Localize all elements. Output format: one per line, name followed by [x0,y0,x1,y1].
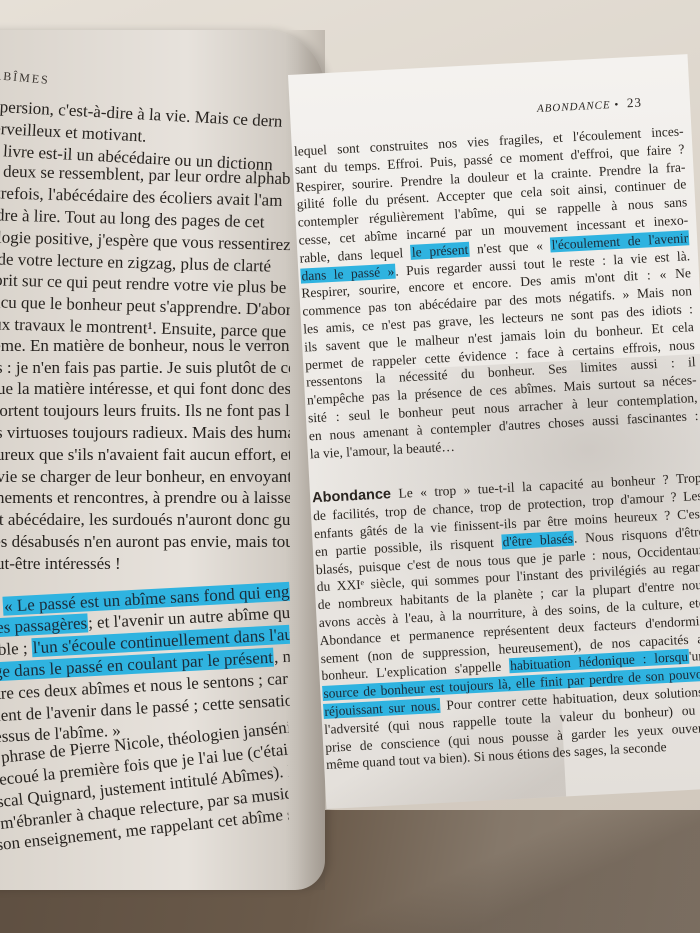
right-page-text: lequel sont construites nos vies fragile… [294,122,700,774]
text-line: même. En matière de bonheur, nous le ver… [0,335,290,357]
text-line: peut-être intéressés ! [0,553,290,575]
text-line: vénements et rencontres, à prendre ou à … [0,487,290,509]
text-line: la vie se charger de leur bonheur, en en… [0,466,290,488]
highlighted-text: d'être blasés [501,530,574,549]
quote-text: , nous [273,646,290,667]
table-shadow [310,810,700,933]
text-line: ués : je n'en fais pas partie. Je suis p… [0,357,290,379]
left-page-text: dispersion, c'est-à-dire à la vie. Mais … [0,95,290,858]
text-line: heureux que s'ils n'avaient fait aucun e… [0,444,290,466]
highlighted-text: le présent [410,242,469,260]
left-running-head: • ABÎMES [0,67,50,88]
running-head-title: ABONDANCE [537,99,611,115]
text-line: s portent toujours leurs fruits. Ils ne … [0,400,290,422]
right-page: ABONDANCE • 23 lequel sont construites n… [288,54,700,809]
page-number: 23 [627,95,643,111]
text-line: , que la matière intéresse, et qui font … [0,378,290,400]
text-line: Cet abécédaire, les surdoués n'auront do… [0,509,290,531]
text-line: des virtuoses toujours radieux. Mais des… [0,422,290,444]
text-segment: n'est que « [469,237,551,256]
text-segment: 'une [689,648,700,664]
quote-text: trable ; [0,638,32,660]
text-line: . les désabusés n'en auront pas envie, m… [0,531,290,553]
left-page: • ABÎMES dispersion, c'est-à-dire à la v… [0,30,325,890]
right-running-head: ABONDANCE • 23 [537,95,643,116]
running-head-separator: • [614,99,619,111]
